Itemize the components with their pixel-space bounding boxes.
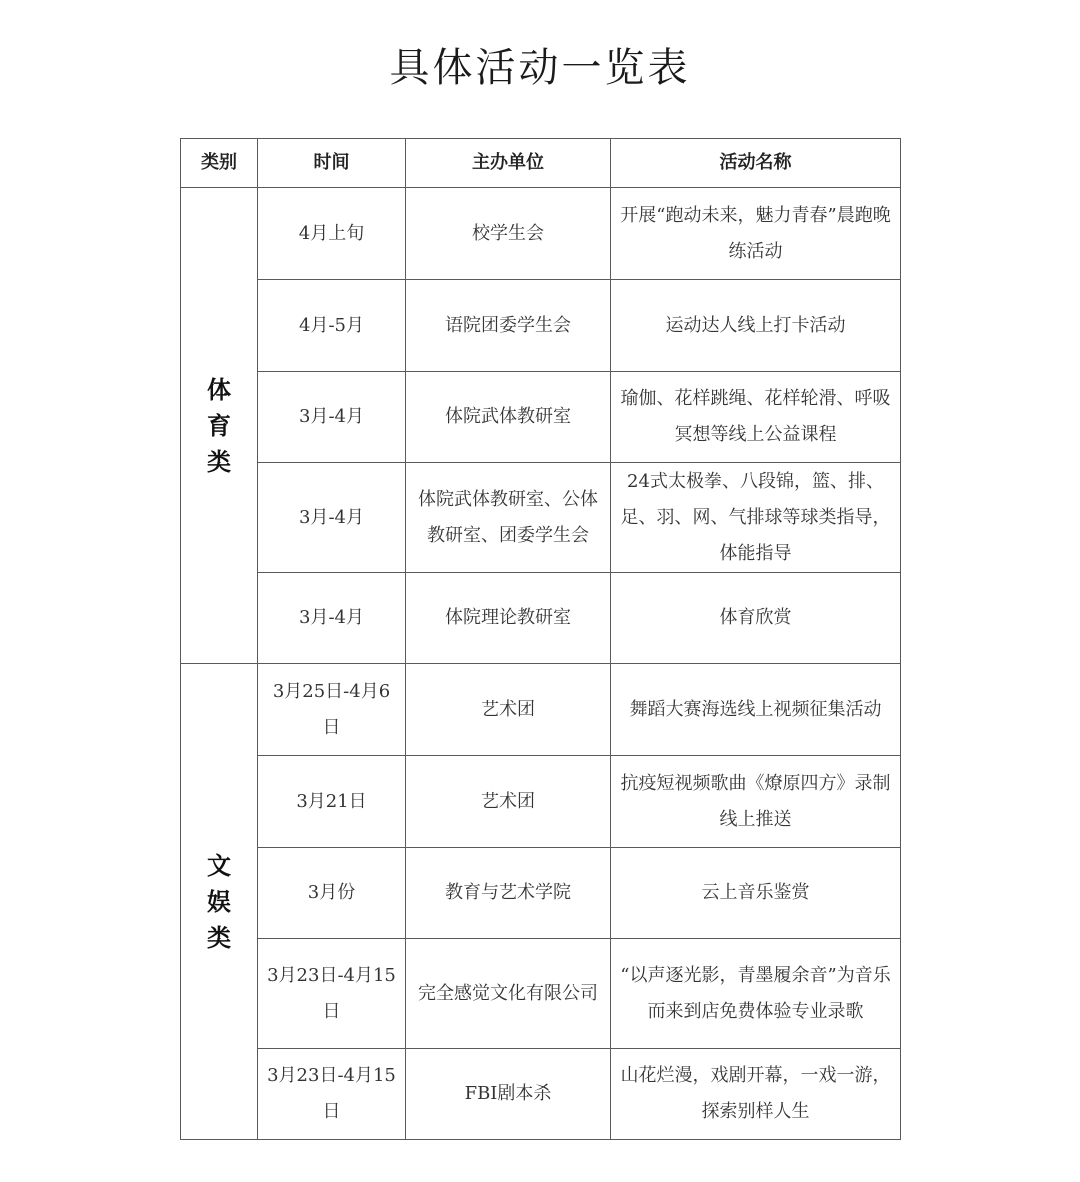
activity-cell: 24式太极拳、八段锦，篮、排、足、羽、网、气排球等球类指导，体能指导: [611, 463, 901, 573]
organizer-cell: 艺术团: [406, 756, 611, 848]
table-row: 3月-4月 体院理论教研室 体育欣赏: [181, 573, 901, 664]
organizer-cell: 体院武体教研室、公体教研室、团委学生会: [406, 463, 611, 573]
organizer-cell: 教育与艺术学院: [406, 848, 611, 939]
time-cell: 4月-5月: [258, 280, 406, 372]
activity-cell: 云上音乐鉴赏: [611, 848, 901, 939]
header-time: 时间: [258, 139, 406, 188]
header-activity: 活动名称: [611, 139, 901, 188]
time-cell: 3月-4月: [258, 463, 406, 573]
activity-cell: 体育欣赏: [611, 573, 901, 664]
header-organizer: 主办单位: [406, 139, 611, 188]
page-title: 具体活动一览表: [0, 36, 1080, 93]
organizer-cell: 体院理论教研室: [406, 573, 611, 664]
time-cell: 3月份: [258, 848, 406, 939]
organizer-cell: 体院武体教研室: [406, 372, 611, 463]
table-row: 3月23日-4月15日 完全感觉文化有限公司 “以声逐光影，青墨履余音”为音乐而…: [181, 939, 901, 1049]
activity-cell: 抗疫短视频歌曲《燎原四方》录制线上推送: [611, 756, 901, 848]
time-cell: 4月上旬: [258, 188, 406, 280]
time-cell: 3月23日-4月15日: [258, 1049, 406, 1140]
activity-cell: 瑜伽、花样跳绳、花样轮滑、呼吸冥想等线上公益课程: [611, 372, 901, 463]
table-row: 3月份 教育与艺术学院 云上音乐鉴赏: [181, 848, 901, 939]
table-row: 3月-4月 体院武体教研室 瑜伽、花样跳绳、花样轮滑、呼吸冥想等线上公益课程: [181, 372, 901, 463]
table-row: 4月-5月 语院团委学生会 运动达人线上打卡活动: [181, 280, 901, 372]
time-cell: 3月-4月: [258, 573, 406, 664]
organizer-cell: 完全感觉文化有限公司: [406, 939, 611, 1049]
organizer-cell: 校学生会: [406, 188, 611, 280]
table-row: 3月23日-4月15日 FBI剧本杀 山花烂漫，戏剧开幕，一戏一游，探索别样人生: [181, 1049, 901, 1140]
category-label: 体育类: [207, 372, 231, 480]
table-row: 文娱类 3月25日-4月6日 艺术团 舞蹈大赛海选线上视频征集活动: [181, 664, 901, 756]
activity-cell: 山花烂漫，戏剧开幕，一戏一游，探索别样人生: [611, 1049, 901, 1140]
time-cell: 3月21日: [258, 756, 406, 848]
time-cell: 3月25日-4月6日: [258, 664, 406, 756]
activity-cell: 运动达人线上打卡活动: [611, 280, 901, 372]
category-cell-sports: 体育类: [181, 188, 258, 664]
header-category: 类别: [181, 139, 258, 188]
category-cell-entertainment: 文娱类: [181, 664, 258, 1140]
table-header-row: 类别 时间 主办单位 活动名称: [181, 139, 901, 188]
organizer-cell: FBI剧本杀: [406, 1049, 611, 1140]
category-label: 文娱类: [207, 848, 231, 956]
time-cell: 3月-4月: [258, 372, 406, 463]
activity-cell: “以声逐光影，青墨履余音”为音乐而来到店免费体验专业录歌: [611, 939, 901, 1049]
activity-table: 类别 时间 主办单位 活动名称 体育类 4月上旬 校学生会 开展“跑动未来，魅力…: [180, 138, 901, 1140]
table-row: 3月-4月 体院武体教研室、公体教研室、团委学生会 24式太极拳、八段锦，篮、排…: [181, 463, 901, 573]
table-row: 3月21日 艺术团 抗疫短视频歌曲《燎原四方》录制线上推送: [181, 756, 901, 848]
activity-cell: 开展“跑动未来，魅力青春”晨跑晚练活动: [611, 188, 901, 280]
organizer-cell: 语院团委学生会: [406, 280, 611, 372]
table-row: 体育类 4月上旬 校学生会 开展“跑动未来，魅力青春”晨跑晚练活动: [181, 188, 901, 280]
activity-cell: 舞蹈大赛海选线上视频征集活动: [611, 664, 901, 756]
time-cell: 3月23日-4月15日: [258, 939, 406, 1049]
organizer-cell: 艺术团: [406, 664, 611, 756]
